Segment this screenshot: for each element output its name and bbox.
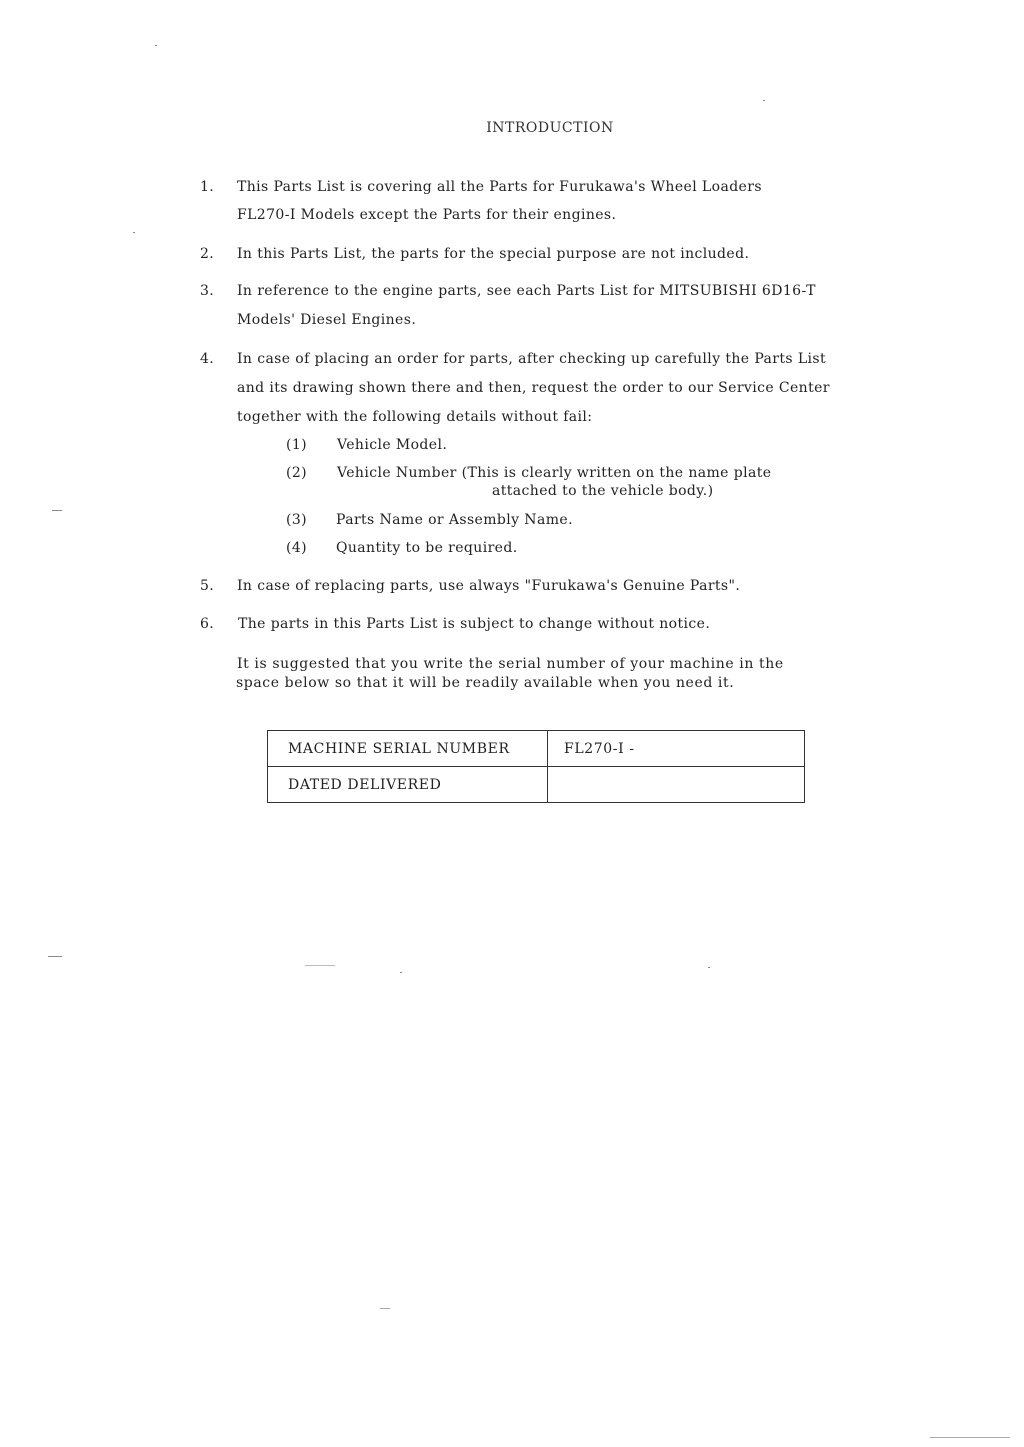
scan-speck (400, 972, 402, 973)
item-text-line: In case of replacing parts, use always "… (237, 572, 740, 601)
dated-delivered-label: DATED DELIVERED (268, 767, 548, 803)
machine-serial-number-label: MACHINE SERIAL NUMBER (268, 731, 548, 767)
scan-speck (155, 45, 157, 46)
scan-speck (305, 965, 335, 966)
item-number: 4. (200, 345, 214, 374)
item-text-line: together with the following details with… (237, 403, 592, 432)
item-text-line: The parts in this Parts List is subject … (238, 610, 710, 639)
scan-speck (763, 100, 765, 101)
detail-number: (4) (286, 540, 307, 556)
detail-text: Quantity to be required. (336, 540, 518, 556)
dated-delivered-field[interactable] (548, 767, 805, 803)
detail-number: (2) (286, 465, 307, 481)
scan-speck (708, 967, 710, 968)
detail-text-continued: attached to the vehicle body.) (492, 483, 713, 499)
machine-serial-number-field[interactable]: FL270-I - (548, 731, 805, 767)
detail-text: Vehicle Number (This is clearly written … (337, 465, 771, 481)
table-row: MACHINE SERIAL NUMBER FL270-I - (268, 731, 805, 767)
detail-number: (1) (286, 437, 307, 453)
detail-number: (3) (286, 512, 307, 528)
item-text-line: and its drawing shown there and then, re… (237, 374, 830, 403)
item-text-line: Models' Diesel Engines. (237, 306, 416, 335)
item-number: 1. (200, 173, 214, 202)
item-number: 5. (200, 572, 214, 601)
table-row: DATED DELIVERED (268, 767, 805, 803)
item-text-line: In reference to the engine parts, see ea… (237, 277, 816, 306)
page-title: INTRODUCTION (0, 120, 1024, 136)
item-number: 2. (200, 240, 214, 269)
item-number: 3. (200, 277, 214, 306)
serial-note-line-2: space below so that it will be readily a… (236, 674, 734, 692)
detail-text: Vehicle Model. (337, 437, 447, 453)
item-text-line: In this Parts List, the parts for the sp… (237, 240, 749, 269)
scan-speck (133, 232, 135, 233)
scan-speck (52, 510, 62, 511)
scan-speck (380, 1308, 390, 1309)
item-text-line: This Parts List is covering all the Part… (237, 173, 762, 202)
serial-note-line-1: It is suggested that you write the seria… (237, 655, 784, 673)
item-number: 6. (200, 610, 214, 639)
scan-speck (48, 956, 62, 957)
detail-text: Parts Name or Assembly Name. (336, 512, 573, 528)
item-text-line: FL270-I Models except the Parts for thei… (237, 201, 616, 230)
item-text-line: In case of placing an order for parts, a… (237, 345, 826, 374)
machine-serial-table: MACHINE SERIAL NUMBER FL270-I - DATED DE… (267, 730, 805, 803)
scan-speck (930, 1437, 1010, 1438)
